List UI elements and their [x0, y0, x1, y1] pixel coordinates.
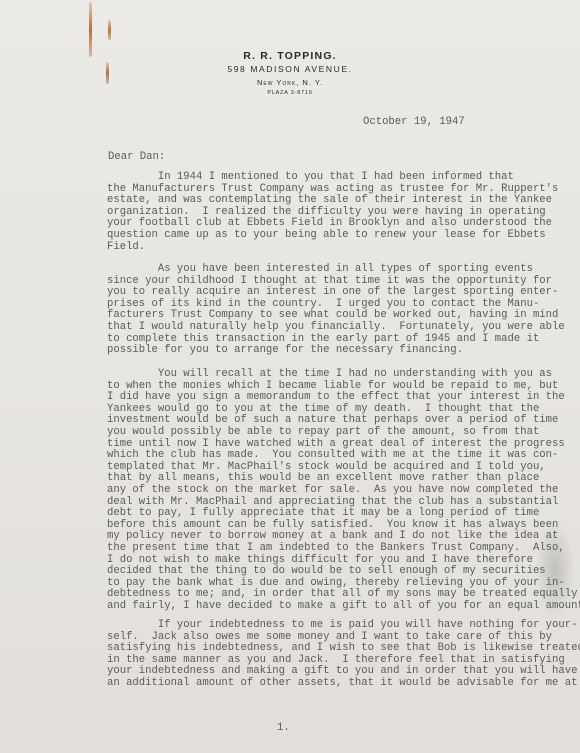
letterhead-phone: PLAZA 3-8716 [0, 90, 580, 96]
rust-stain [89, 2, 92, 57]
rust-stain [108, 20, 111, 40]
letter-page: R. R. TOPPING. 598 MADISON AVENUE. New Y… [0, 0, 580, 753]
paragraph-1: In 1944 I mentioned to you that I had be… [107, 172, 558, 253]
paragraph-3: You will recall at the time I had no und… [107, 369, 580, 612]
letterhead-city: New York, N. Y. [0, 78, 580, 87]
salutation: Dear Dan: [108, 152, 165, 164]
letter-date: October 19, 1947 [363, 117, 465, 129]
letterhead-address: 598 MADISON AVENUE. [0, 64, 580, 74]
letterhead-name: R. R. TOPPING. [0, 50, 580, 62]
page-number: 1. [277, 723, 290, 735]
paragraph-2: As you have been interested in all types… [107, 264, 565, 357]
paragraph-4: If your indebtedness to me is paid you w… [107, 620, 580, 690]
